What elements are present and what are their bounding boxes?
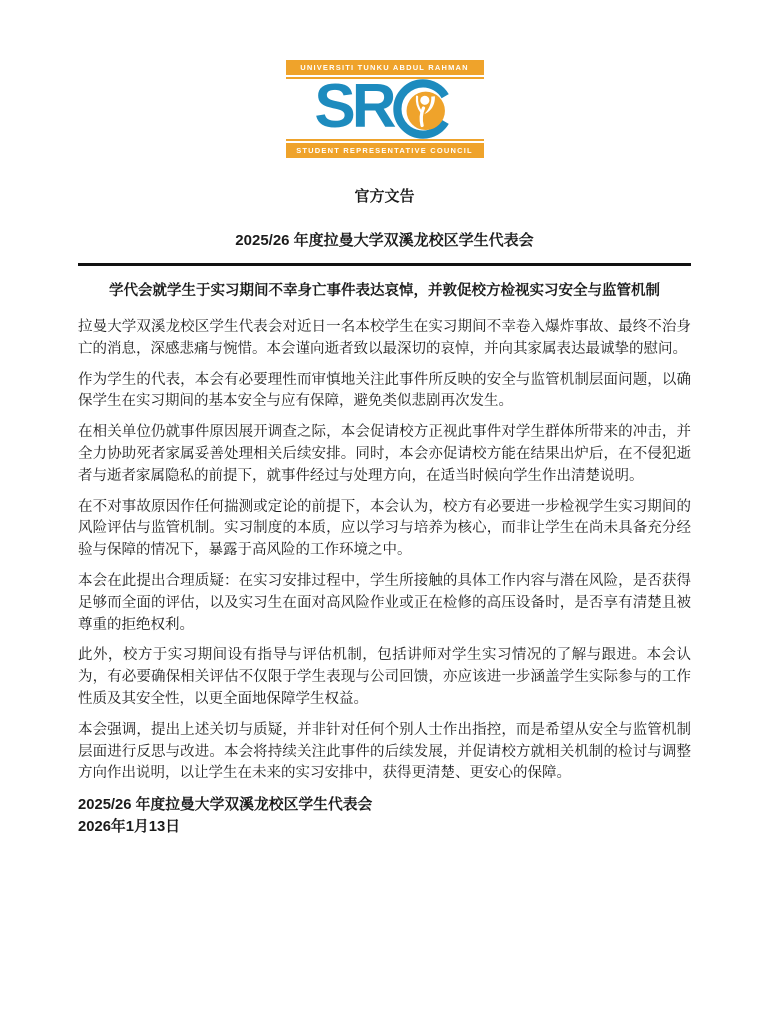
body-paragraph: 拉曼大学双溪龙校区学生代表会对近日一名本校学生在实习期间不幸卷入爆炸事故、最终不…	[78, 317, 691, 361]
signature-block: 2025/26 年度拉曼大学双溪龙校区学生代表会 2026年1月13日	[78, 794, 691, 838]
signature-date: 2026年1月13日	[78, 816, 691, 838]
heading-divider	[78, 263, 691, 266]
subject-line: 学代会就学生于实习期间不幸身亡事件表达哀悼，并敦促校方检视实习安全与监管机制	[78, 281, 691, 301]
document-body: 拉曼大学双溪龙校区学生代表会对近日一名本校学生在实习期间不幸卷入爆炸事故、最终不…	[78, 317, 691, 785]
body-paragraph: 在不对事故原因作任何揣测或定论的前提下，本会认为，校方有必要进一步检视学生实习期…	[78, 497, 691, 562]
src-c-figure-icon	[391, 77, 455, 141]
logo-bottom-banner: STUDENT REPRESENTATIVE COUNCIL	[286, 143, 484, 158]
body-paragraph: 作为学生的代表，本会有必要理性而审慎地关注此事件所反映的安全与监管机制层面问题，…	[78, 370, 691, 414]
body-paragraph: 本会强调，提出上述关切与质疑，并非针对任何个别人士作出指控，而是希望从安全与监管…	[78, 720, 691, 785]
src-wordmark: SR	[286, 80, 484, 138]
body-paragraph: 此外，校方于实习期间设有指导与评估机制，包括讲师对学生实习情况的了解与跟进。本会…	[78, 645, 691, 710]
body-paragraph: 本会在此提出合理质疑：在实习安排过程中，学生所接触的具体工作内容与潜在风险，是否…	[78, 571, 691, 636]
body-paragraph: 在相关单位仍就事件原因展开调查之际，本会促请校方正视此事件对学生群体所带来的冲击…	[78, 422, 691, 487]
council-title-heading: 2025/26 年度拉曼大学双溪龙校区学生代表会	[78, 229, 691, 250]
src-logo: UNIVERSITI TUNKU ABDUL RAHMAN SR STUDENT…	[286, 60, 484, 158]
document-page: UNIVERSITI TUNKU ABDUL RAHMAN SR STUDENT…	[0, 0, 768, 1024]
src-letters-sr: SR	[314, 82, 392, 132]
signature-council: 2025/26 年度拉曼大学双溪龙校区学生代表会	[78, 794, 691, 816]
doc-type-heading: 官方文告	[78, 185, 691, 206]
